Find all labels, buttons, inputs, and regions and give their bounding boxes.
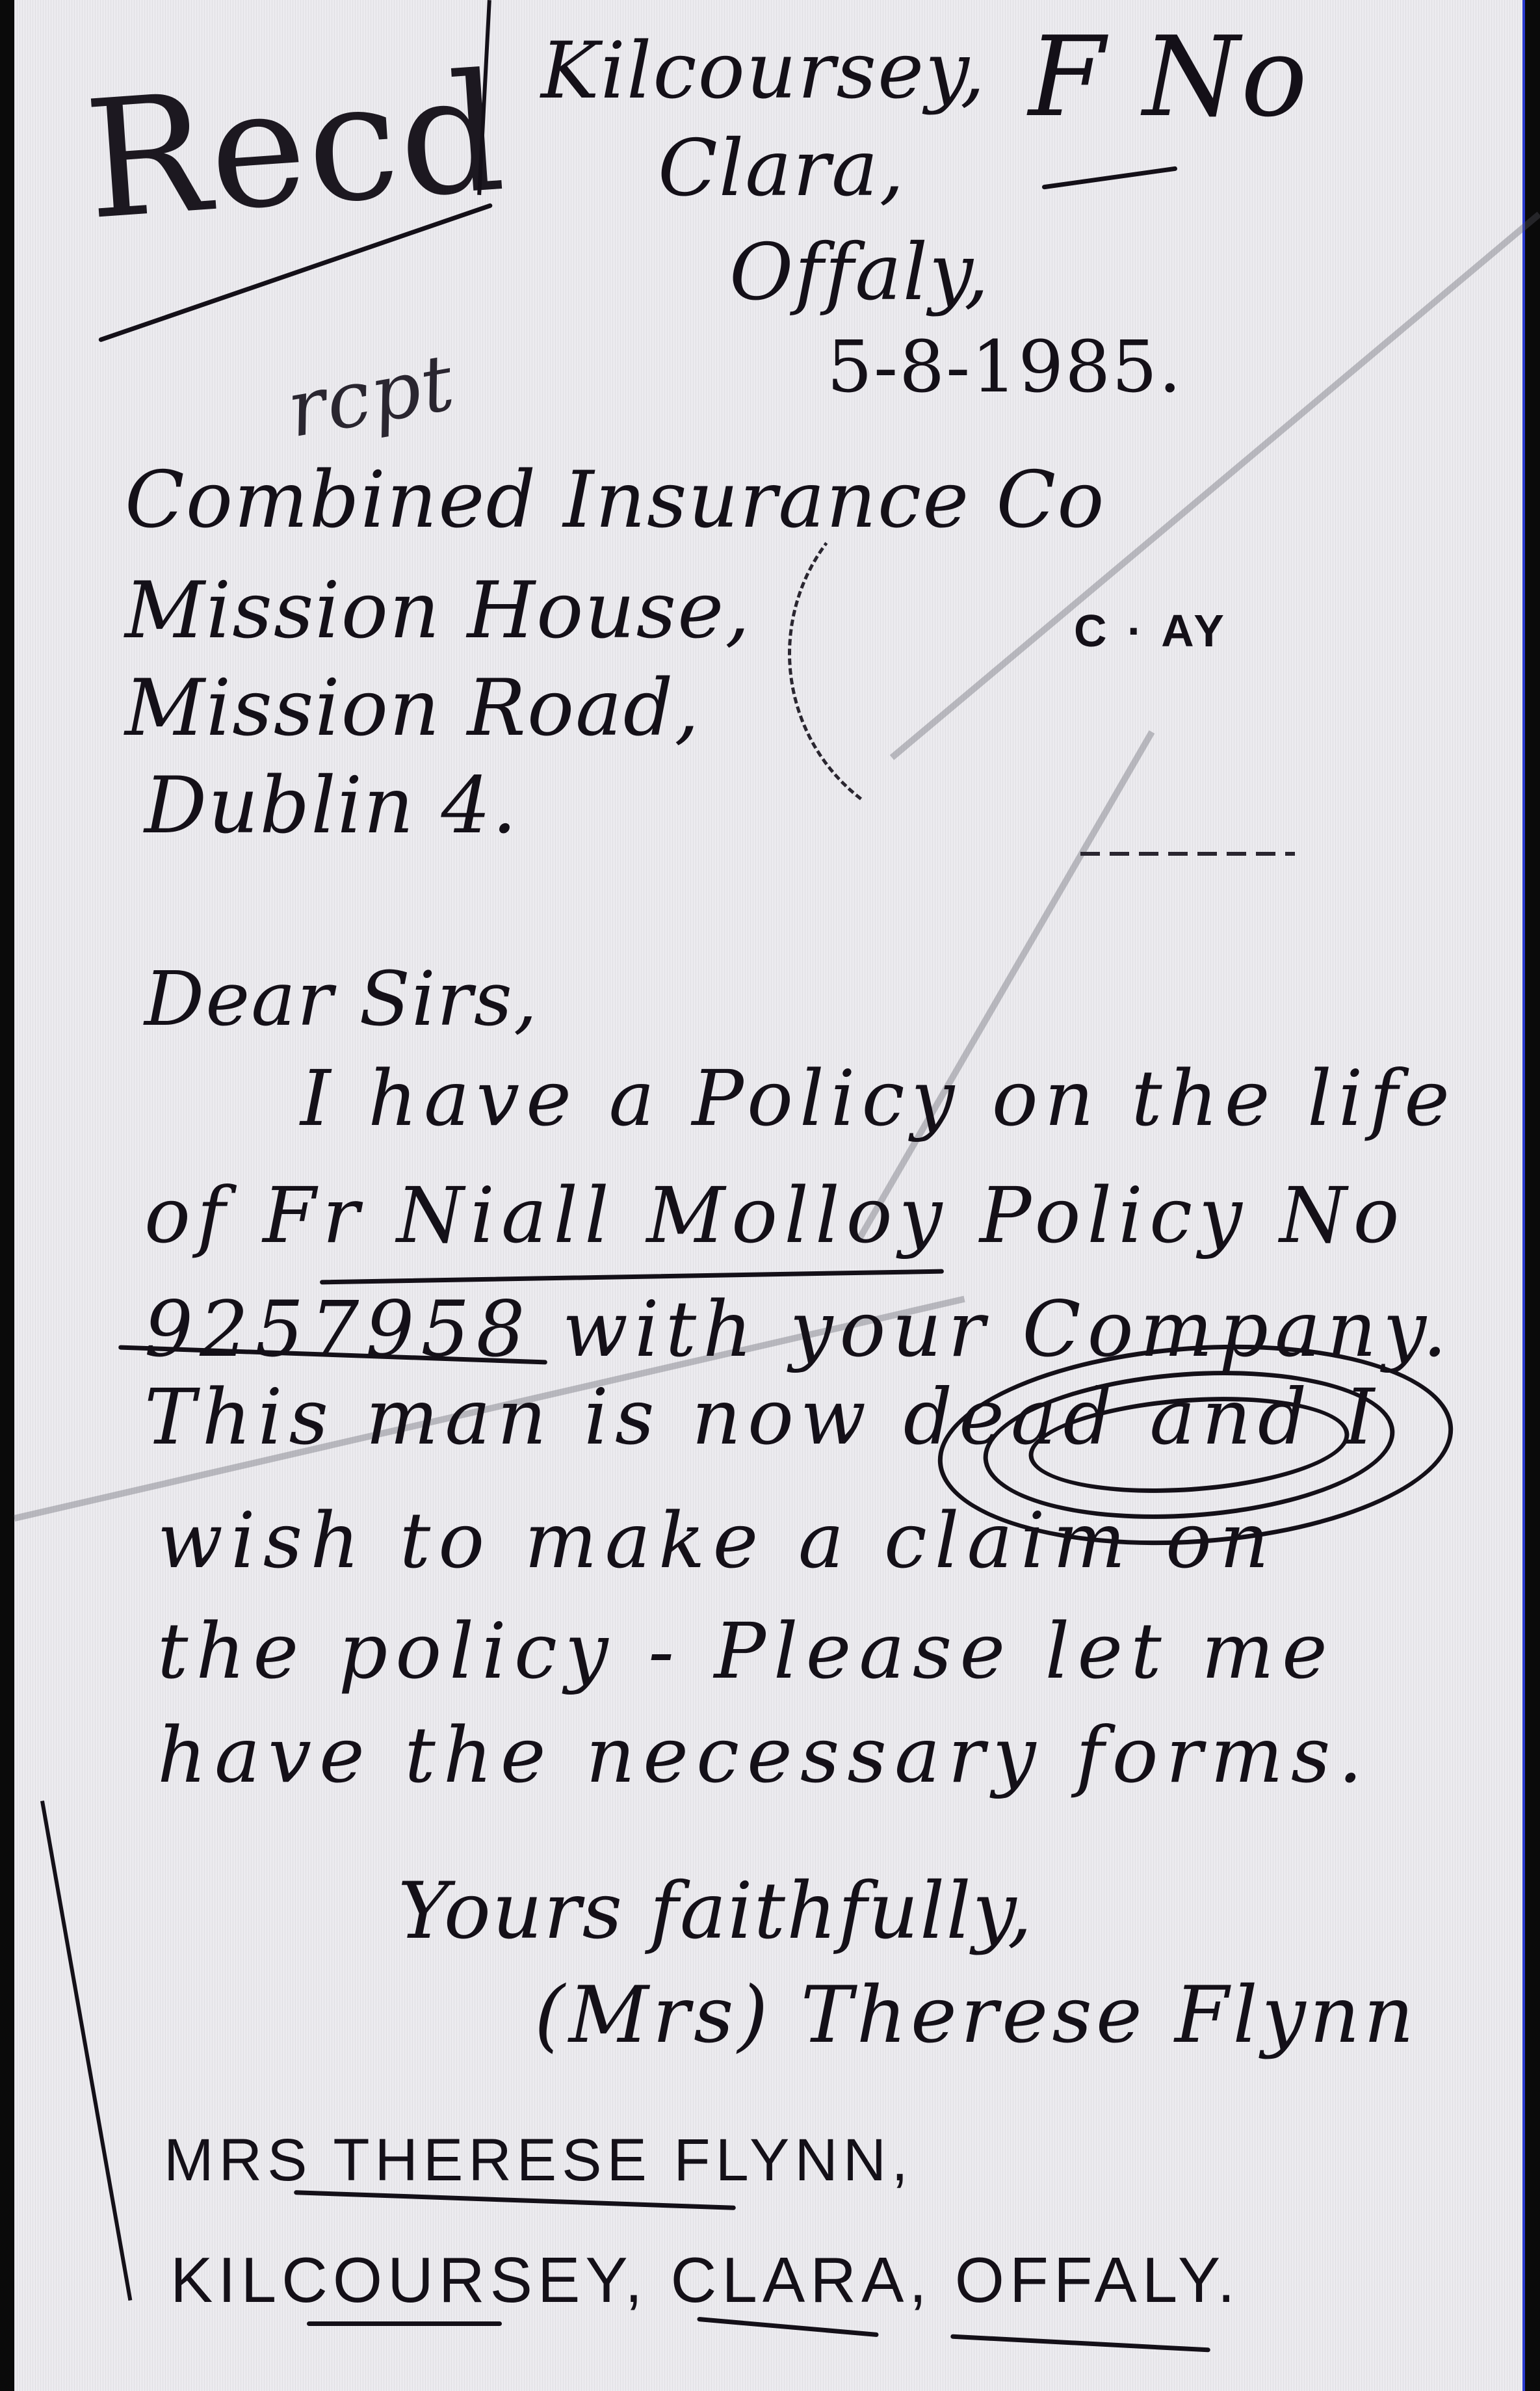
address-underline [307,2321,502,2326]
salutation: Dear Sirs, [144,956,538,1043]
recipient-line-2: Mission House, [125,566,751,656]
receipt-note: rcpt [281,337,462,456]
mark-stroke [1042,166,1178,189]
recipient-line-3: Mission Road, [125,663,701,754]
sender-line-2: Clara, [658,124,906,214]
address-underline [697,2317,879,2337]
margin-line [40,1801,132,2301]
address-underline [950,2334,1210,2353]
sender-line-3: Offaly, [729,228,990,318]
postmark-text: C · AY [1074,605,1228,657]
body-line-6: the policy - Please let me [157,1606,1335,1696]
file-ref-mark: F No [1028,13,1309,142]
body-line-1: I have a Policy on the life [300,1053,1456,1143]
letter-date: 5-8-1985. [827,325,1182,408]
body-line-7: have the necessary forms. [157,1710,1370,1800]
body-line-5: wish to make a claim on [157,1496,1277,1585]
body-line-2: of Fr Niall Molloy Policy No [144,1170,1406,1260]
recipient-line-4: Dublin 4. [144,761,518,851]
letter-page: Recd rcpt Kilcoursey, F No Clara, Offaly… [14,0,1525,2391]
printed-name: MRS THERESE FLYNN, [164,2126,913,2195]
insured-name-underline [320,1269,944,1285]
closing: Yours faithfully, [398,1866,1034,1957]
signature: (Mrs) Therese Flynn [534,1970,1418,2061]
printed-address: KILCOURSEY, CLARA, OFFALY. [170,2243,1240,2317]
stamp-dash [1080,852,1295,856]
sender-line-1: Kilcoursey, [541,26,986,116]
